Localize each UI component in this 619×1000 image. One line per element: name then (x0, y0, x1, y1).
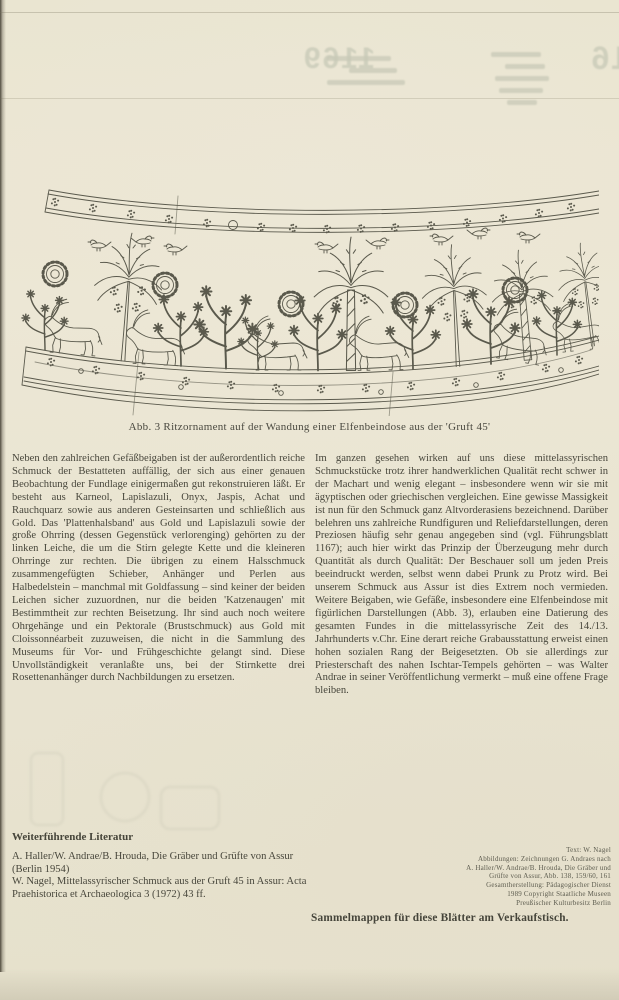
credit-line: 1989 Copyright Staatliche Museen (371, 890, 611, 899)
body-column-left: Neben den zahlreichen Gefäßbeigaben ist … (12, 453, 305, 685)
credit-line: Text: W. Nagel (371, 846, 611, 855)
scan-bottom-shadow (0, 968, 619, 1000)
ghost-text-bar (327, 56, 391, 61)
sales-note: Sammelmappen für diese Blätter am Verkau… (311, 912, 608, 924)
figure-caption: Abb. 3 Ritzornament auf der Wandung eine… (0, 421, 619, 433)
ghost-page-number-partial: 16 (589, 40, 619, 77)
ghost-text-bar (505, 64, 545, 69)
ghost-text-bar (499, 88, 543, 93)
literature-list: A. Haller/W. Andrae/B. Hrouda, Die Gräbe… (12, 851, 307, 901)
bleed-through-figure (10, 742, 230, 838)
ghost-text-bar (507, 100, 537, 105)
top-border-band (45, 190, 599, 234)
credit-line: Grüfte von Assur, Abb. 138, 159/60, 161 (371, 872, 611, 881)
ghost-text-bar (491, 52, 541, 57)
ghost-text-bar (327, 80, 405, 85)
body-column-right: Im ganzen gesehen wirken auf uns diese m… (315, 453, 608, 698)
literature-entry: W. Nagel, Mittelassyrischer Schmuck aus … (12, 876, 307, 901)
ghost-text-bar (349, 68, 397, 73)
literature-entry: A. Haller/W. Andrae/B. Hrouda, Die Gräbe… (12, 851, 307, 876)
frieze-illustration (21, 184, 599, 416)
credit-line: Preußischer Kulturbesitz Berlin (371, 899, 611, 908)
bleed-through-header: 1169 16 (55, 30, 615, 115)
imprint-credits: Text: W. Nagel Abbildungen: Zeichnungen … (371, 846, 611, 908)
ghost-text-bar (495, 76, 549, 81)
credit-line: Gesamtherstellung: Pädagogischer Dienst (371, 881, 611, 890)
literature-heading: Weiterführende Literatur (12, 831, 133, 843)
paper-crease-line (0, 12, 619, 13)
main-frieze (22, 228, 599, 371)
scanned-document-page: 1169 16 (0, 0, 619, 1000)
scan-edge-shadow (0, 0, 6, 972)
credit-line: Abbildungen: Zeichnungen G. Andraes nach (371, 855, 611, 864)
credit-line: A. Haller/W. Andrae/B. Hrouda, Die Gräbe… (371, 864, 611, 873)
